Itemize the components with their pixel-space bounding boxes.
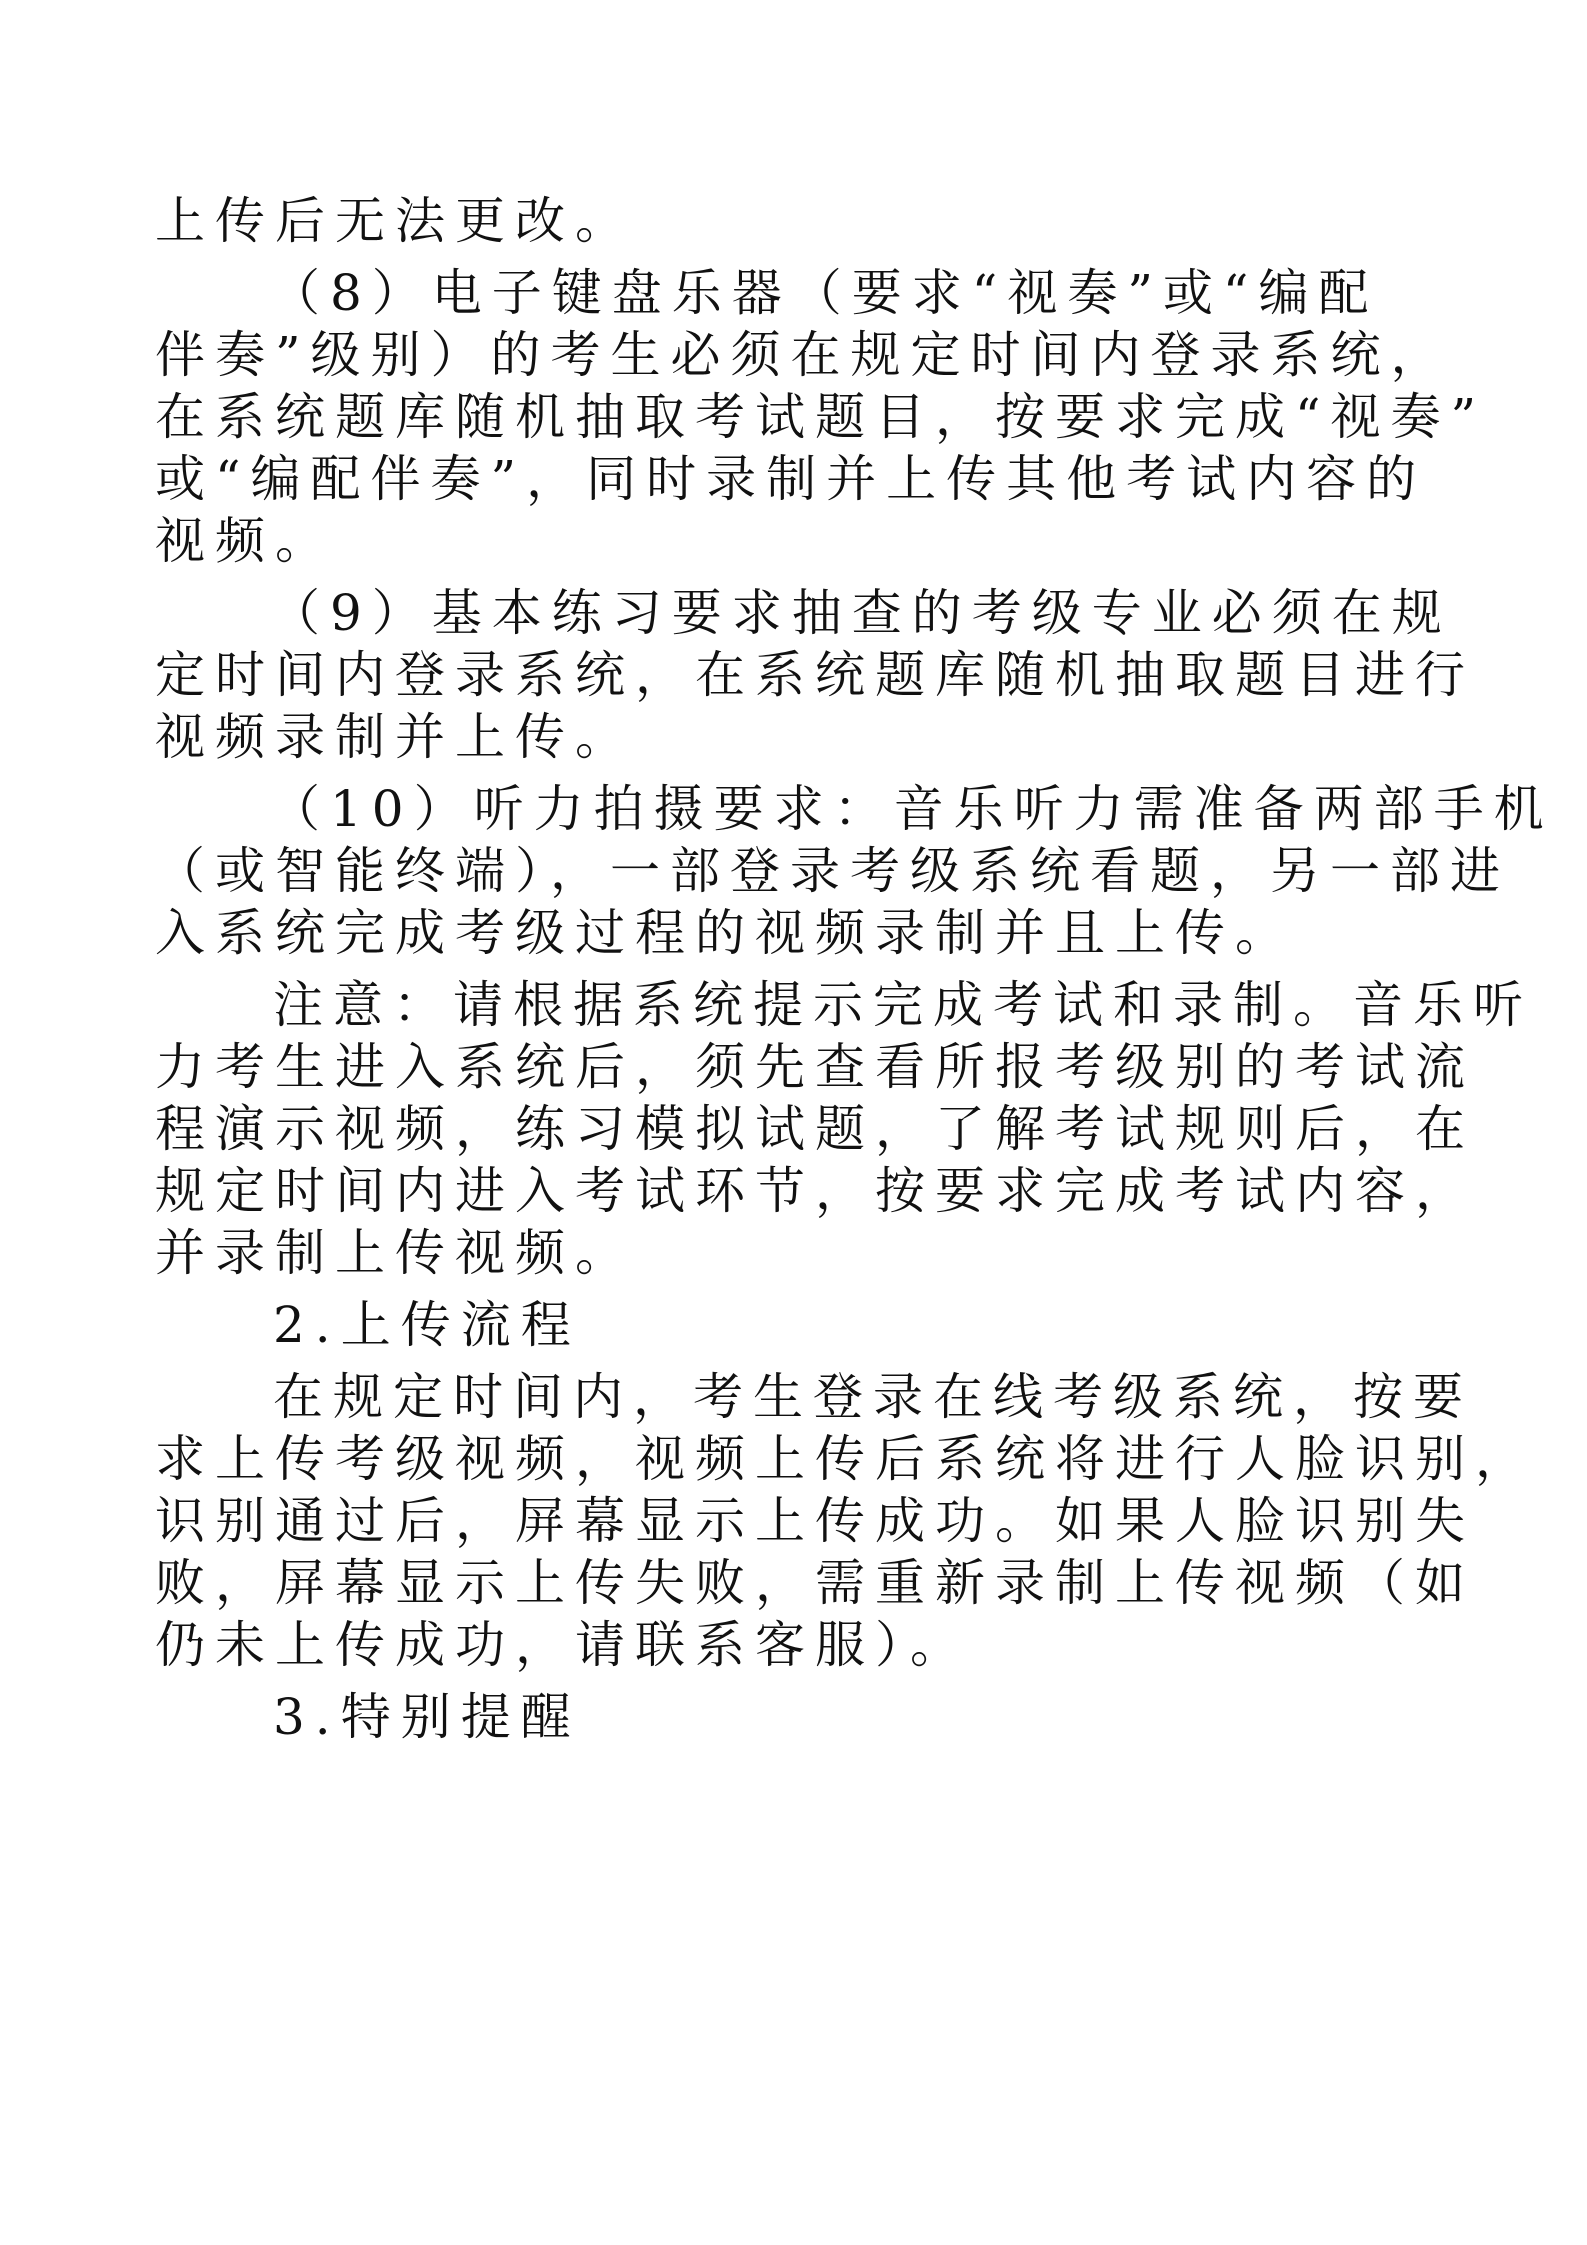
text-line: 力考生进入系统后，须先查看所报考级别的考试流 xyxy=(155,1036,1445,1098)
text-line: 视频。 xyxy=(155,510,1445,572)
text-line: 入系统完成考级过程的视频录制并且上传。 xyxy=(155,902,1445,964)
section-heading-upload-process: 2.上传流程 xyxy=(155,1294,1445,1356)
note-paragraph: 注意：请根据系统提示完成考试和录制。音乐听 xyxy=(155,974,1445,1036)
text-line: 定时间内登录系统，在系统题库随机抽取题目进行 xyxy=(155,644,1445,706)
text-line: 或“编配伴奏”，同时录制并上传其他考试内容的 xyxy=(155,448,1445,510)
text-line: （或智能终端），一部登录考级系统看题，另一部进 xyxy=(155,840,1445,902)
text-line: 在系统题库随机抽取考试题目，按要求完成“视奏” xyxy=(155,386,1445,448)
item-10-heading: （10）听力拍摄要求：音乐听力需准备两部手机 xyxy=(155,778,1445,840)
text-line: 视频录制并上传。 xyxy=(155,706,1445,768)
item-9-heading: （9）基本练习要求抽查的考级专业必须在规 xyxy=(155,582,1445,644)
text-line: 程演示视频，练习模拟试题，了解考试规则后，在 xyxy=(155,1098,1445,1160)
text-line: 上传后无法更改。 xyxy=(155,190,1445,252)
text-line: 败，屏幕显示上传失败，需重新录制上传视频（如 xyxy=(155,1552,1445,1614)
text-line: 规定时间内进入考试环节，按要求完成考试内容， xyxy=(155,1160,1445,1222)
item-8-heading: （8）电子键盘乐器（要求“视奏”或“编配 xyxy=(155,262,1445,324)
text-line: 求上传考级视频，视频上传后系统将进行人脸识别， xyxy=(155,1428,1445,1490)
section-heading-special-reminder: 3.特别提醒 xyxy=(155,1686,1445,1748)
upload-process-paragraph: 在规定时间内，考生登录在线考级系统，按要 xyxy=(155,1366,1445,1428)
text-line: 识别通过后，屏幕显示上传成功。如果人脸识别失 xyxy=(155,1490,1445,1552)
text-line: 伴奏”级别）的考生必须在规定时间内登录系统， xyxy=(155,324,1445,386)
text-line: 仍未上传成功，请联系客服）。 xyxy=(155,1614,1445,1676)
text-line: 并录制上传视频。 xyxy=(155,1222,1445,1284)
document-page: 上传后无法更改。 （8）电子键盘乐器（要求“视奏”或“编配 伴奏”级别）的考生必… xyxy=(155,190,1445,1748)
